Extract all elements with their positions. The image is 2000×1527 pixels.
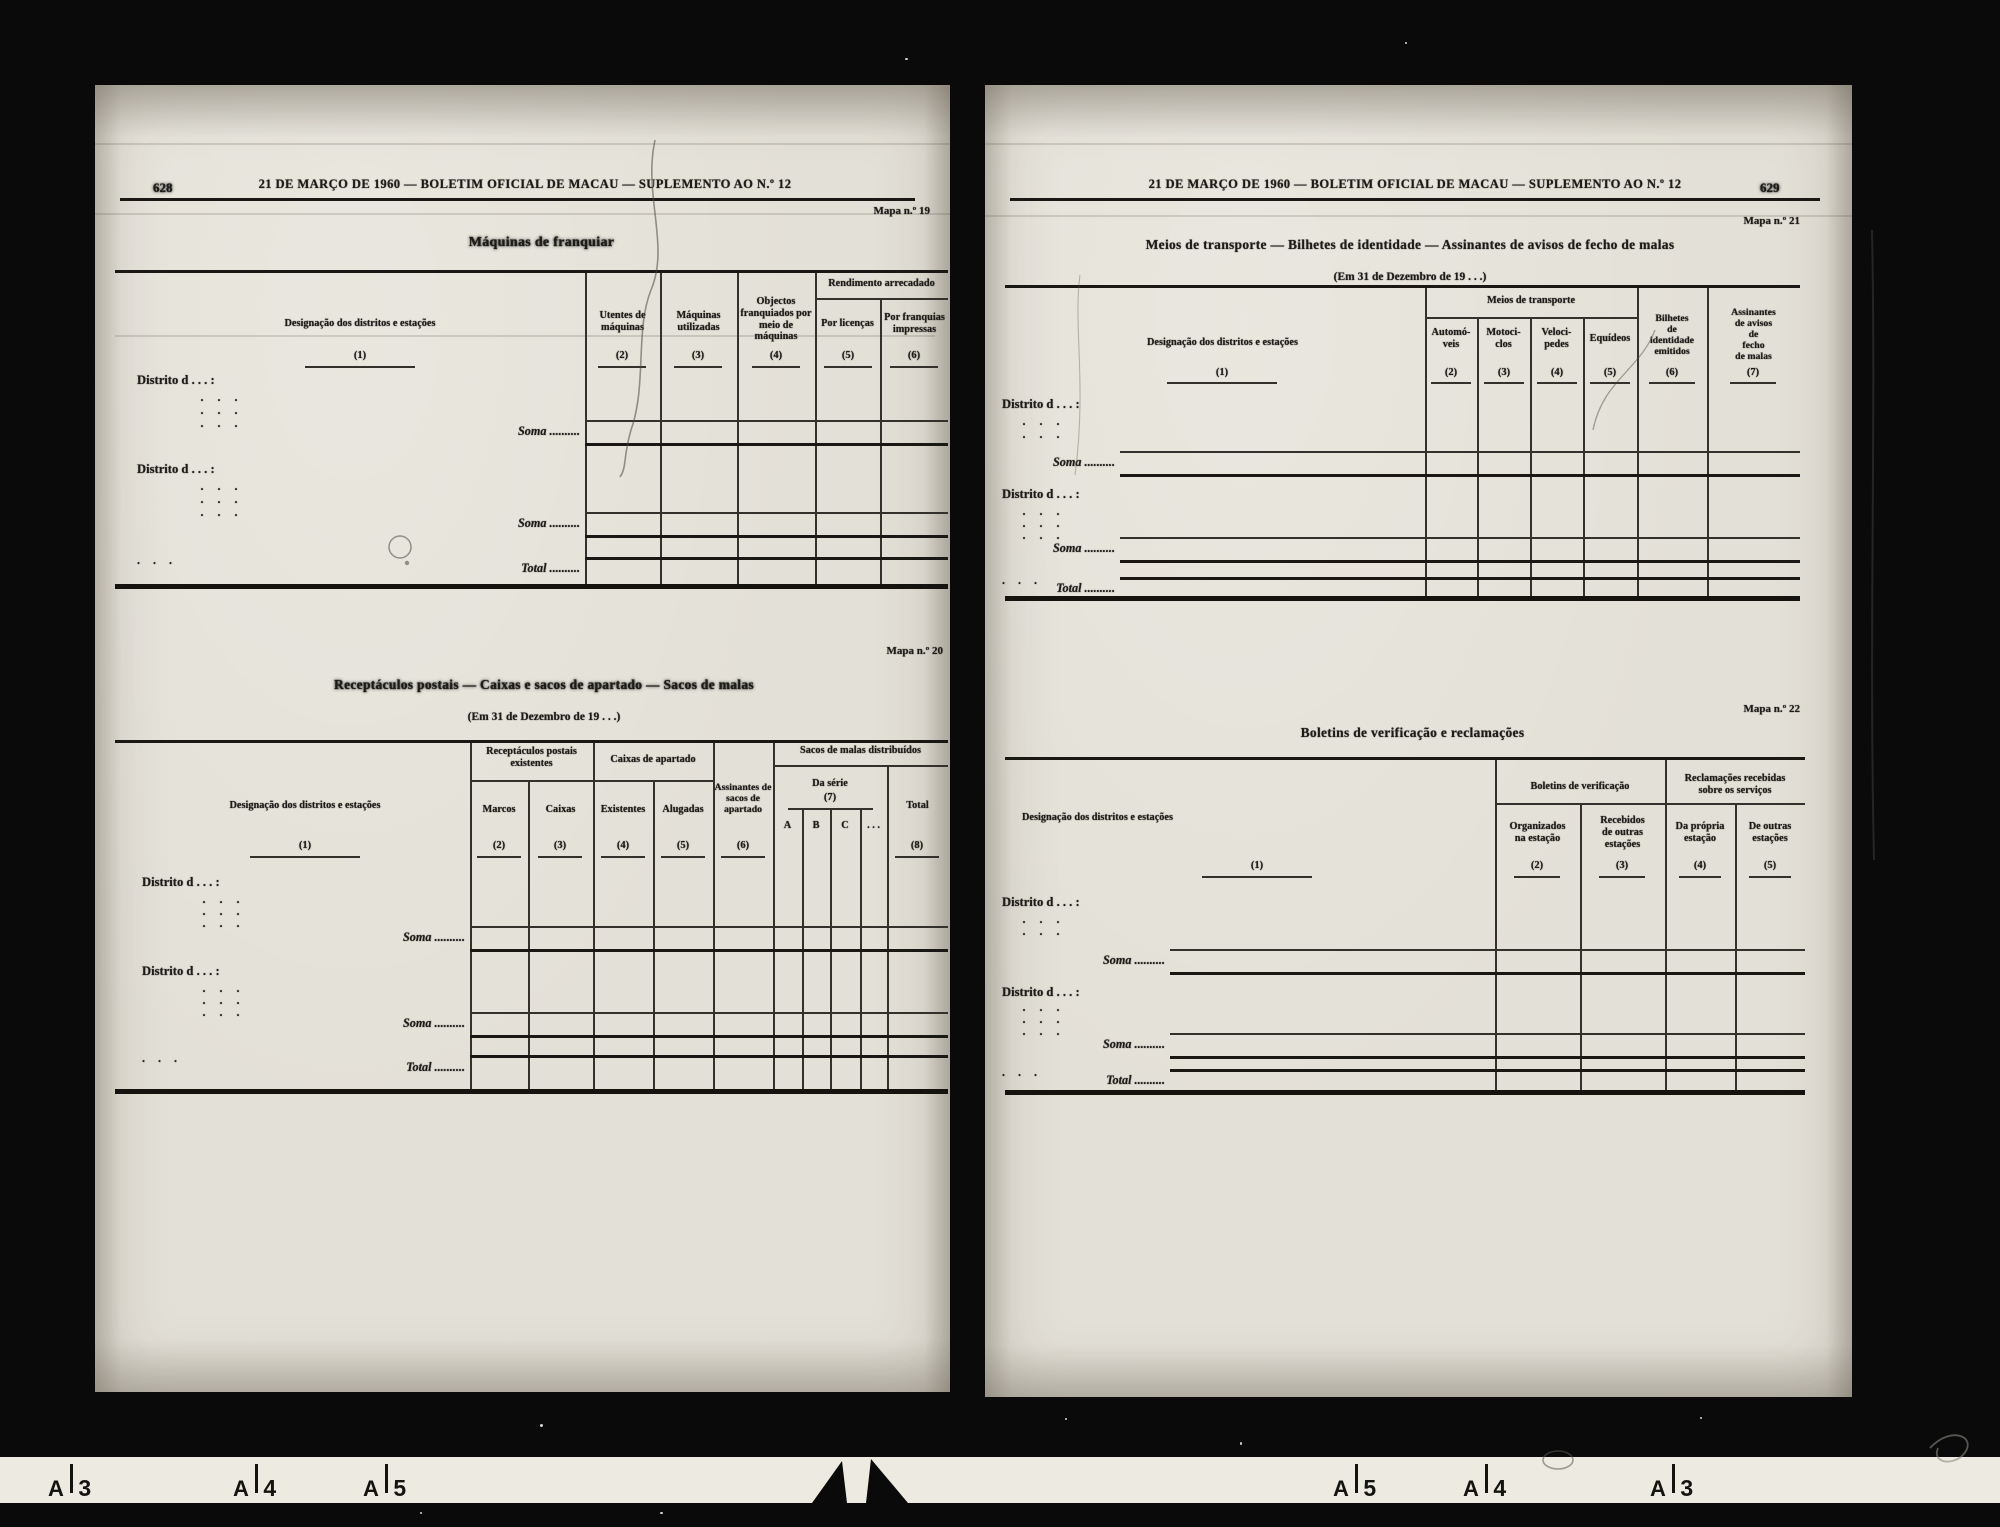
right-page: 21 DE MARÇO DE 1960 — BOLETIM OFICIAL DE…: [985, 85, 1852, 1397]
column-header: Alugadas: [653, 804, 713, 816]
column-number: (8): [895, 840, 939, 851]
column-header: Máquinas utilizadas: [662, 310, 735, 334]
row-dots: · · ·: [202, 1008, 245, 1023]
subgroup-rule: [788, 808, 873, 810]
column-header: Marcos: [470, 804, 528, 816]
microfilm-scan: 628 21 DE MARÇO DE 1960 — BOLETIM OFICIA…: [0, 0, 2000, 1527]
group-rule: [470, 780, 593, 782]
row-dots: · · ·: [1022, 927, 1065, 942]
column-number-rule: [305, 366, 415, 368]
column-header: Objectos franquiados por meio de máquina…: [739, 296, 813, 343]
column-number: (5): [1749, 860, 1791, 871]
row-label-soma: Soma ..........: [325, 930, 465, 945]
column-divider: [1477, 317, 1479, 596]
table-bottom-rule: [1005, 596, 1800, 601]
table-boletins-de-verificacao: Designação dos distritos e estações (1) …: [1020, 757, 1805, 1095]
sum-rule-thick: [470, 949, 948, 952]
table-subtitle: (Em 31 de Dezembro de 19 . . .): [1020, 271, 1800, 283]
column-number-rule: [601, 856, 645, 858]
sum-rule-thin: [470, 926, 948, 928]
table-meios-de-transporte: Designação dos distritos e estações (1) …: [1020, 285, 1800, 600]
dust-speck: [660, 1512, 663, 1514]
serie-col-etc: . . .: [860, 820, 887, 832]
column-header: Assinantes de avisos de fecho de malas: [1707, 307, 1800, 362]
table-top-rule: [115, 270, 948, 273]
row-label-total: Total ..........: [1050, 1073, 1165, 1088]
column-number-rule: [1537, 382, 1577, 384]
frame-notch-right-triangle: [866, 1459, 908, 1503]
column-number: (3): [1599, 860, 1645, 871]
column-number-rule: [674, 366, 722, 368]
map-number-label: Mapa n.º 22: [1650, 703, 1800, 715]
marker-digit: 5: [1363, 1477, 1376, 1500]
dust-speck: [1240, 1442, 1242, 1445]
column-number: (5): [661, 840, 705, 851]
marker-letter: A: [363, 1478, 379, 1500]
marker-letter: A: [48, 1478, 64, 1500]
row-label-soma: Soma ..........: [1050, 953, 1165, 968]
row-label-distrito: Distrito d . . . :: [137, 462, 215, 477]
marker-letter: A: [1333, 1478, 1349, 1500]
sum-rule-thick: [585, 557, 948, 560]
group-rule: [773, 765, 948, 767]
map-number-label: Mapa n.º 20: [835, 645, 943, 657]
serie-col-c: C: [830, 820, 860, 832]
column-number-rule: [895, 856, 939, 858]
sum-rule-thick: [470, 1055, 948, 1058]
column-number: (2): [1514, 860, 1560, 871]
sum-rule-thick: [1170, 972, 1805, 975]
column-number-rule: [1749, 876, 1791, 878]
row-label-soma: Soma ..........: [435, 424, 580, 439]
film-footer-strip: [0, 1457, 2000, 1503]
column-number: (4): [1537, 367, 1577, 378]
marker-tick: [1355, 1464, 1359, 1493]
scan-streak: [95, 213, 950, 215]
frame-marker-a4: A 4: [233, 1462, 276, 1500]
subgroup-header: Da série: [773, 778, 887, 790]
column-number-rule: [1730, 382, 1776, 384]
column-number: (2): [477, 840, 521, 851]
row-label-distrito: Distrito d . . . :: [1002, 985, 1080, 1000]
column-header: Motoci- clos: [1477, 327, 1530, 351]
column-number-rule: [1514, 876, 1560, 878]
column-group-header: Reclamações recebidas sobre os serviços: [1665, 773, 1805, 797]
row-label-distrito: Distrito d . . . :: [142, 964, 220, 979]
column-group-header: Rendimento arrecadado: [815, 278, 948, 290]
frame-marker-a5: A 5: [363, 1462, 406, 1500]
row-dots: · · ·: [1022, 430, 1065, 445]
column-number-rule: [1599, 876, 1645, 878]
row-label-total: Total ..........: [325, 1060, 465, 1075]
column-divider: [1665, 760, 1667, 1090]
column-number-rule: [752, 366, 800, 368]
column-number-rule: [598, 366, 646, 368]
scan-streak: [985, 143, 1852, 145]
sum-rule-thick: [1170, 1056, 1805, 1059]
table-receptaculos-postais: Designação dos distritos e estações (1) …: [140, 740, 948, 1095]
masthead: 21 DE MARÇO DE 1960 — BOLETIM OFICIAL DE…: [1045, 177, 1785, 192]
column-number: (6): [1649, 367, 1695, 378]
row-label-distrito: Distrito d . . . :: [1002, 895, 1080, 910]
table-title: Meios de transporte — Bilhetes de identi…: [1020, 237, 1800, 253]
table-title: Receptáculos postais — Caixas e sacos de…: [140, 677, 948, 693]
column-number: (3): [674, 350, 722, 361]
frame-notch-left-triangle: [812, 1461, 847, 1503]
scan-streak: [95, 143, 950, 145]
column-number-rule: [538, 856, 582, 858]
table-title: Boletins de verificação e reclamações: [1020, 725, 1805, 741]
column-divider: [1583, 317, 1585, 596]
column-number-rule: [1431, 382, 1471, 384]
group-rule: [1425, 317, 1637, 319]
column-number-rule: [1679, 876, 1721, 878]
group-rule: [815, 298, 948, 300]
column-number: (3): [1484, 367, 1524, 378]
column-number: (7): [1730, 367, 1776, 378]
column-group-header: Meios de transporte: [1425, 295, 1637, 307]
column-header: Veloci- pedes: [1530, 327, 1583, 351]
sum-rule-thick: [1120, 474, 1800, 477]
masthead-rule: [1010, 198, 1820, 201]
marker-tick: [255, 1464, 259, 1493]
row-ellipsis: . . .: [1002, 1065, 1042, 1080]
column-number: (2): [598, 350, 646, 361]
row-label-soma: Soma ..........: [1050, 1037, 1165, 1052]
column-header: Organizados na estação: [1495, 821, 1580, 845]
marker-letter: A: [1650, 1478, 1666, 1500]
column-header: Bilhetes de identidade emitidos: [1637, 313, 1707, 357]
dust-speck: [1405, 42, 1407, 44]
column-number: (7): [773, 792, 887, 803]
sum-rule-thin: [1170, 949, 1805, 951]
column-number-rule: [1590, 382, 1630, 384]
column-number: (1): [1167, 367, 1277, 378]
table-bottom-rule: [115, 1089, 948, 1094]
group-rule: [593, 780, 713, 782]
sum-rule-thick: [470, 1035, 948, 1038]
frame-marker-a3: A 3: [48, 1462, 91, 1500]
column-header: Designação dos distritos e estações: [140, 800, 470, 812]
column-header: Recebidos de outras estações: [1580, 815, 1665, 850]
column-divider: [887, 766, 889, 1089]
dust-speck: [905, 58, 908, 60]
column-header: Assinantes de sacos de apartado: [714, 782, 772, 815]
column-divider: [1735, 803, 1737, 1090]
column-header: Equídeos: [1583, 333, 1637, 345]
marker-letter: A: [233, 1478, 249, 1500]
masthead-rule: [120, 198, 915, 201]
column-number-rule: [661, 856, 705, 858]
map-number-label: Mapa n.º 21: [1650, 215, 1800, 227]
column-number-rule: [250, 856, 360, 858]
frame-marker-a4-right: A 4: [1463, 1462, 1506, 1500]
column-header: Automó- veis: [1425, 327, 1477, 351]
dust-speck: [420, 1512, 422, 1514]
row-ellipsis: . . .: [142, 1051, 182, 1066]
frame-marker-a3-right: A 3: [1650, 1462, 1693, 1500]
marker-tick: [1672, 1464, 1676, 1493]
column-number-rule: [824, 366, 872, 368]
dust-speck: [540, 1424, 543, 1427]
sum-rule-thin: [470, 1012, 948, 1014]
page-number: 629: [1760, 180, 1780, 196]
column-header: Existentes: [593, 804, 653, 816]
left-page: 628 21 DE MARÇO DE 1960 — BOLETIM OFICIA…: [95, 85, 950, 1392]
column-header: Designação dos distritos e estações: [1020, 337, 1425, 349]
column-header: Utentes de máquinas: [587, 310, 658, 334]
column-divider: [880, 298, 882, 584]
row-dots: · · ·: [200, 419, 243, 434]
column-number: (4): [1679, 860, 1721, 871]
column-group-header: Receptáculos postais existentes: [472, 746, 591, 770]
column-header: De outras estações: [1735, 821, 1805, 845]
group-rule: [1665, 803, 1805, 805]
marker-digit: 4: [1493, 1477, 1506, 1500]
column-number-rule: [1484, 382, 1524, 384]
column-number-rule: [477, 856, 521, 858]
column-header: Designação dos distritos e estações: [1020, 812, 1497, 824]
marker-digit: 3: [78, 1477, 91, 1500]
film-edge-scratch: [1872, 230, 1874, 860]
column-header: Por licenças: [816, 318, 879, 330]
sum-rule-thick: [1120, 560, 1800, 563]
column-number: (1): [1202, 860, 1312, 871]
row-label-soma: Soma ..........: [1000, 541, 1115, 556]
row-label-distrito: Distrito d . . . :: [1002, 397, 1080, 412]
marker-letter: A: [1463, 1478, 1479, 1500]
column-header: Designação dos distritos e estações: [135, 318, 585, 330]
column-number-rule: [1202, 876, 1312, 878]
serie-col-a: A: [773, 820, 802, 832]
column-number: (6): [721, 840, 765, 851]
column-header: Caixas: [528, 804, 593, 816]
table-bottom-rule: [1005, 1090, 1805, 1095]
column-group-header: Sacos de malas distribuídos: [773, 745, 948, 757]
sum-rule-thin: [585, 512, 948, 514]
column-number: (4): [752, 350, 800, 361]
row-dots: · · ·: [200, 508, 243, 523]
column-number: (3): [538, 840, 582, 851]
column-number-rule: [1649, 382, 1695, 384]
table-bottom-rule: [115, 584, 948, 589]
table-title: Máquinas de franquiar: [135, 235, 948, 251]
masthead: 21 DE MARÇO DE 1960 — BOLETIM OFICIAL DE…: [155, 177, 895, 192]
sum-rule-thick: [1120, 577, 1800, 580]
table-top-rule: [115, 740, 948, 743]
row-label-distrito: Distrito d . . . :: [137, 373, 215, 388]
dust-speck: [1065, 1418, 1067, 1420]
frame-marker-a5-right: A 5: [1333, 1462, 1376, 1500]
sum-rule-thin: [1120, 451, 1800, 453]
table-top-rule: [1005, 757, 1805, 760]
row-label-distrito: Distrito d . . . :: [1002, 487, 1080, 502]
column-number-rule: [721, 856, 765, 858]
row-label-soma: Soma ..........: [1000, 455, 1115, 470]
table-maquinas-de-franquiar: Designação dos distritos e estações (1) …: [135, 270, 948, 590]
marker-tick: [70, 1464, 74, 1493]
column-divider: [653, 780, 655, 1089]
column-divider: [1495, 760, 1497, 1090]
column-number: (5): [824, 350, 872, 361]
sum-rule-thick: [585, 535, 948, 538]
marker-tick: [385, 1464, 389, 1493]
row-label-total: Total ..........: [435, 561, 580, 576]
column-header: Total: [887, 800, 948, 812]
column-number: (1): [250, 840, 360, 851]
column-number-rule: [890, 366, 938, 368]
row-label-total: Total ..........: [1000, 581, 1115, 596]
column-number: (2): [1431, 367, 1471, 378]
marker-digit: 5: [393, 1477, 406, 1500]
marker-digit: 3: [1680, 1477, 1693, 1500]
column-number: (5): [1590, 367, 1630, 378]
table-subtitle: (Em 31 de Dezembro de 19 . . .): [140, 711, 948, 723]
table-top-rule: [1005, 285, 1800, 288]
column-number: (1): [305, 350, 415, 361]
row-label-soma: Soma ..........: [435, 516, 580, 531]
group-rule: [1495, 803, 1665, 805]
sum-rule-thick: [1170, 1069, 1805, 1072]
dust-speck: [1700, 1417, 1702, 1419]
marker-digit: 4: [263, 1477, 276, 1500]
column-group-header: Caixas de apartado: [593, 754, 713, 766]
row-label-soma: Soma ..........: [325, 1016, 465, 1031]
column-group-header: Boletins de verificação: [1495, 781, 1665, 793]
sum-rule-thin: [1170, 1033, 1805, 1035]
marker-tick: [1485, 1464, 1489, 1493]
sum-rule-thin: [585, 420, 948, 422]
sum-rule-thick: [585, 443, 948, 446]
column-divider: [1530, 317, 1532, 596]
serie-col-b: B: [802, 820, 830, 832]
row-label-distrito: Distrito d . . . :: [142, 875, 220, 890]
column-header: Por franquias impressas: [881, 312, 948, 336]
column-number-rule: [1167, 382, 1277, 384]
sum-rule-thin: [1120, 537, 1800, 539]
row-dots: · · ·: [202, 919, 245, 934]
column-divider: [528, 780, 530, 1089]
column-number: (4): [601, 840, 645, 851]
column-header: Da própria estação: [1665, 821, 1735, 845]
column-number: (6): [890, 350, 938, 361]
row-ellipsis: . . .: [137, 553, 177, 568]
map-number-label: Mapa n.º 19: [835, 205, 930, 217]
